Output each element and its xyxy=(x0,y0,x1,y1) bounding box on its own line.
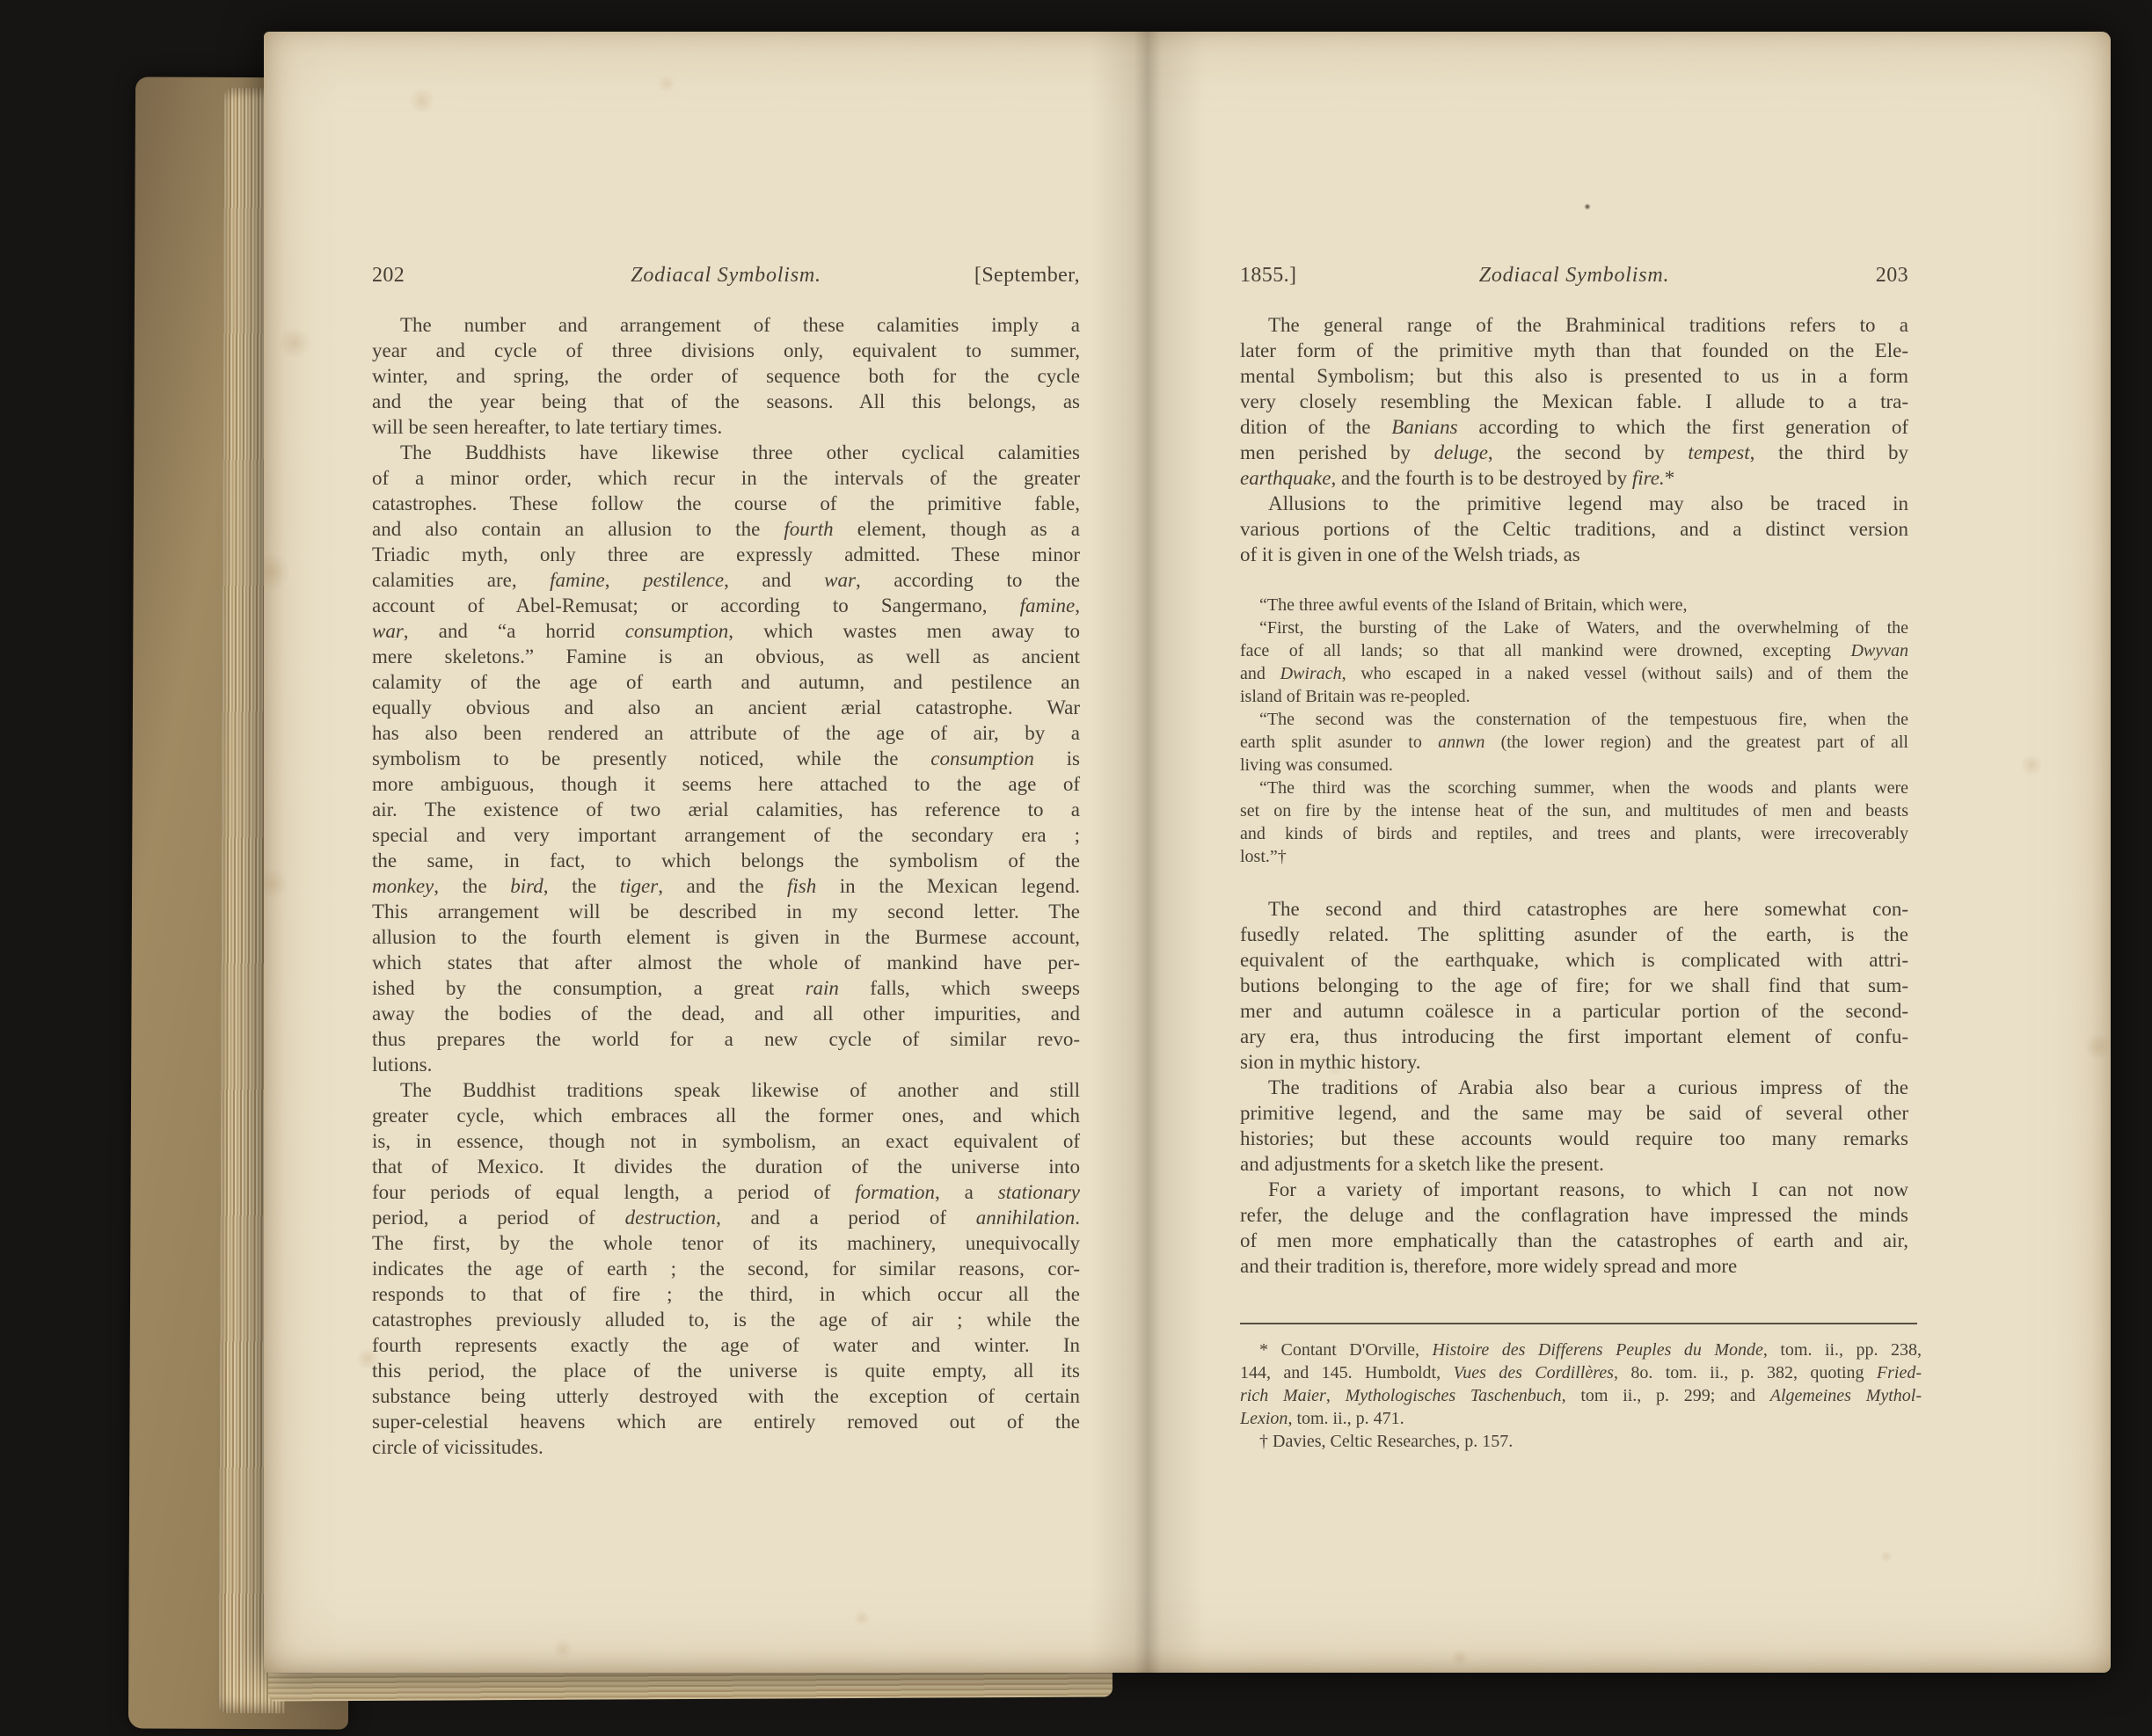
paragraph: The Buddhists have likewise three other … xyxy=(372,440,1080,1077)
text-line: fourth represents exactly the age of wat… xyxy=(372,1332,1080,1358)
text-line: mer and autumn coälesce in a particular … xyxy=(1240,998,1908,1024)
text-line: and the year being that of the seasons. … xyxy=(372,389,1080,414)
text-line: and kinds of birds and reptiles, and tre… xyxy=(1240,822,1908,845)
text-line: of it is given in one of the Welsh triad… xyxy=(1240,542,1908,567)
text-line: calamities are, famine, pestilence, and … xyxy=(372,567,1080,593)
text-line: symbolism to be presently noticed, while… xyxy=(372,746,1080,771)
text-line: “The second was the consternation of the… xyxy=(1240,708,1908,731)
text-line: very closely resembling the Mexican fabl… xyxy=(1240,389,1908,414)
text-line: and adjustments for a sketch like the pr… xyxy=(1240,1151,1908,1177)
text-line: substance being utterly destroyed with t… xyxy=(372,1383,1080,1409)
text-line: allusion to the fourth element is given … xyxy=(372,924,1080,950)
page-right: 1855.] Zodiacal Symbolism. 203 The gener… xyxy=(1143,32,2111,1673)
paragraph: The second and third catastrophes are he… xyxy=(1240,896,1908,1075)
paragraph: “The three awful events of the Island of… xyxy=(1240,594,1908,616)
text-line: † Davies, Celtic Researches, p. 157. xyxy=(1240,1430,1922,1453)
text-line: is, in essence, though not in symbolism,… xyxy=(372,1128,1080,1154)
left-header-month-label: [September, xyxy=(966,264,1080,288)
text-line: winter, and spring, the order of sequenc… xyxy=(372,363,1080,389)
text-line: “First, the bursting of the Lake of Wate… xyxy=(1240,616,1908,639)
footnotes: * Contant D'Orville, Histoire des Differ… xyxy=(1240,1338,1922,1453)
text-line: Triadic myth, only three are expressly a… xyxy=(372,542,1080,567)
book-photo-scene: 202 Zodiacal Symbolism. [September, The … xyxy=(0,0,2152,1736)
text-line: and also contain an allusion to the four… xyxy=(372,516,1080,542)
paragraph: Allusions to the primitive legend may al… xyxy=(1240,491,1908,567)
text-line: will be seen hereafter, to late tertiary… xyxy=(372,414,1080,440)
text-line: refer, the deluge and the conflagration … xyxy=(1240,1202,1908,1228)
left-page-body: The number and arrangement of these cala… xyxy=(372,312,1080,1460)
text-line: more ambiguous, though it seems here att… xyxy=(372,771,1080,797)
text-line: living was consumed. xyxy=(1240,754,1908,777)
text-line: mere skeletons.” Famine is an obvious, a… xyxy=(372,644,1080,669)
text-line: mental Symbolism; but this also is prese… xyxy=(1240,363,1908,389)
text-line: lutions. xyxy=(372,1052,1080,1077)
text-line: The Buddhists have likewise three other … xyxy=(372,440,1080,465)
text-line: The number and arrangement of these cala… xyxy=(372,312,1080,338)
text-line: face of all lands; so that all mankind w… xyxy=(1240,639,1908,662)
text-line: catastrophes previously alluded to, is t… xyxy=(372,1307,1080,1332)
text-line: war, and “a horrid consumption, which wa… xyxy=(372,618,1080,644)
left-running-title: Zodiacal Symbolism. xyxy=(486,264,966,288)
left-page-number: 202 xyxy=(372,264,486,288)
text-line: super-celestial heavens which are entire… xyxy=(372,1409,1080,1434)
text-line: This arrangement will be described in my… xyxy=(372,899,1080,924)
text-line: monkey, the bird, the tiger, and the fis… xyxy=(372,873,1080,899)
right-running-title: Zodiacal Symbolism. xyxy=(1354,264,1794,288)
text-line: responds to that of fire ; the third, in… xyxy=(372,1281,1080,1307)
text-line: of men more emphatically than the catast… xyxy=(1240,1228,1908,1253)
text-line: earthquake, and the fourth is to be dest… xyxy=(1240,465,1908,491)
book-spread: 202 Zodiacal Symbolism. [September, The … xyxy=(264,32,2111,1673)
paragraph: The Buddhist traditions speak likewise o… xyxy=(372,1077,1080,1460)
text-line: various portions of the Celtic tradition… xyxy=(1240,516,1908,542)
text-line: The first, by the whole tenor of its mac… xyxy=(372,1230,1080,1256)
text-line: thus prepares the world for a new cycle … xyxy=(372,1026,1080,1052)
paragraph: “First, the bursting of the Lake of Wate… xyxy=(1240,616,1908,708)
text-line: rich Maier, Mythologisches Taschenbuch, … xyxy=(1240,1384,1922,1407)
text-line: dition of the Banians according to which… xyxy=(1240,414,1908,440)
paragraph: “The third was the scorching summer, whe… xyxy=(1240,777,1908,868)
text-line: later form of the primitive myth than th… xyxy=(1240,338,1908,363)
text-line: histories; but these accounts would requ… xyxy=(1240,1126,1908,1151)
text-line: of a minor order, which recur in the int… xyxy=(372,465,1080,491)
text-line: account of Abel-Remusat; or according to… xyxy=(372,593,1080,618)
text-line: For a variety of important reasons, to w… xyxy=(1240,1177,1908,1202)
paragraph: The number and arrangement of these cala… xyxy=(372,312,1080,440)
text-line: and Dwirach, who escaped in a naked vess… xyxy=(1240,662,1908,685)
text-line: four periods of equal length, a period o… xyxy=(372,1179,1080,1205)
text-line: special and very important arrangement o… xyxy=(372,822,1080,848)
text-line: sion in mythic history. xyxy=(1240,1049,1908,1075)
text-line: circle of vicissitudes. xyxy=(372,1434,1080,1460)
text-line: equivalent of the earthquake, which is c… xyxy=(1240,947,1908,973)
text-line: this period, the place of the universe i… xyxy=(372,1358,1080,1383)
text-line: * Contant D'Orville, Histoire des Differ… xyxy=(1240,1338,1922,1361)
text-line: island of Britain was re-peopled. xyxy=(1240,685,1908,708)
text-line: men perished by deluge, the second by te… xyxy=(1240,440,1908,465)
text-line: ished by the consumption, a great rain f… xyxy=(372,975,1080,1001)
text-line: The general range of the Brahminical tra… xyxy=(1240,312,1908,338)
text-line: earth split asunder to annwn (the lower … xyxy=(1240,731,1908,754)
text-line: air. The existence of two ærial calamiti… xyxy=(372,797,1080,822)
paragraph: For a variety of important reasons, to w… xyxy=(1240,1177,1908,1279)
text-line: set on fire by the intense heat of the s… xyxy=(1240,799,1908,822)
text-line: catastrophes. These follow the course of… xyxy=(372,491,1080,516)
paragraph: The traditions of Arabia also bear a cur… xyxy=(1240,1075,1908,1177)
text-line: and their tradition is, therefore, more … xyxy=(1240,1253,1908,1279)
paragraph: “The second was the consternation of the… xyxy=(1240,708,1908,777)
text-line: Lexion, tom. ii., p. 471. xyxy=(1240,1407,1922,1430)
text-line: that of Mexico. It divides the duration … xyxy=(372,1154,1080,1179)
text-line: the same, in fact, to which belongs the … xyxy=(372,848,1080,873)
text-line: The Buddhist traditions speak likewise o… xyxy=(372,1077,1080,1103)
text-line: period, a period of destruction, and a p… xyxy=(372,1205,1080,1230)
right-page-header: 1855.] Zodiacal Symbolism. 203 xyxy=(1240,264,1908,288)
text-line: The traditions of Arabia also bear a cur… xyxy=(1240,1075,1908,1100)
paragraph: The general range of the Brahminical tra… xyxy=(1240,312,1908,491)
text-line: 144, and 145. Humboldt, Vues des Cordill… xyxy=(1240,1361,1922,1384)
text-line: “The third was the scorching summer, whe… xyxy=(1240,777,1908,799)
text-line: primitive legend, and the same may be sa… xyxy=(1240,1100,1908,1126)
page-left: 202 Zodiacal Symbolism. [September, The … xyxy=(264,32,1143,1673)
text-line: ary era, thus introducing the first impo… xyxy=(1240,1024,1908,1049)
text-line: butions belonging to the age of fire; fo… xyxy=(1240,973,1908,998)
text-line: which states that after almost the whole… xyxy=(372,950,1080,975)
text-line: has also been rendered an attribute of t… xyxy=(372,720,1080,746)
footnote-rule xyxy=(1240,1323,1917,1324)
text-line: lost.”† xyxy=(1240,845,1908,868)
text-line: fusedly related. The splitting asunder o… xyxy=(1240,922,1908,947)
text-line: away the bodies of the dead, and all oth… xyxy=(372,1001,1080,1026)
text-line: Allusions to the primitive legend may al… xyxy=(1240,491,1908,516)
text-line: year and cycle of three divisions only, … xyxy=(372,338,1080,363)
text-line: The second and third catastrophes are he… xyxy=(1240,896,1908,922)
text-line: equally obvious and also an ancient æria… xyxy=(372,695,1080,720)
text-line: indicates the age of earth ; the second,… xyxy=(372,1256,1080,1281)
text-line: greater cycle, which embraces all the fo… xyxy=(372,1103,1080,1128)
left-page-header: 202 Zodiacal Symbolism. [September, xyxy=(372,264,1080,288)
right-page-number: 203 xyxy=(1794,264,1908,288)
paragraph: † Davies, Celtic Researches, p. 157. xyxy=(1240,1430,1922,1453)
text-line: “The three awful events of the Island of… xyxy=(1240,594,1908,616)
paragraph: * Contant D'Orville, Histoire des Differ… xyxy=(1240,1338,1922,1430)
text-line: calamity of the age of earth and autumn,… xyxy=(372,669,1080,695)
right-page-body: The general range of the Brahminical tra… xyxy=(1240,312,1908,1279)
right-header-year-label: 1855.] xyxy=(1240,264,1354,288)
